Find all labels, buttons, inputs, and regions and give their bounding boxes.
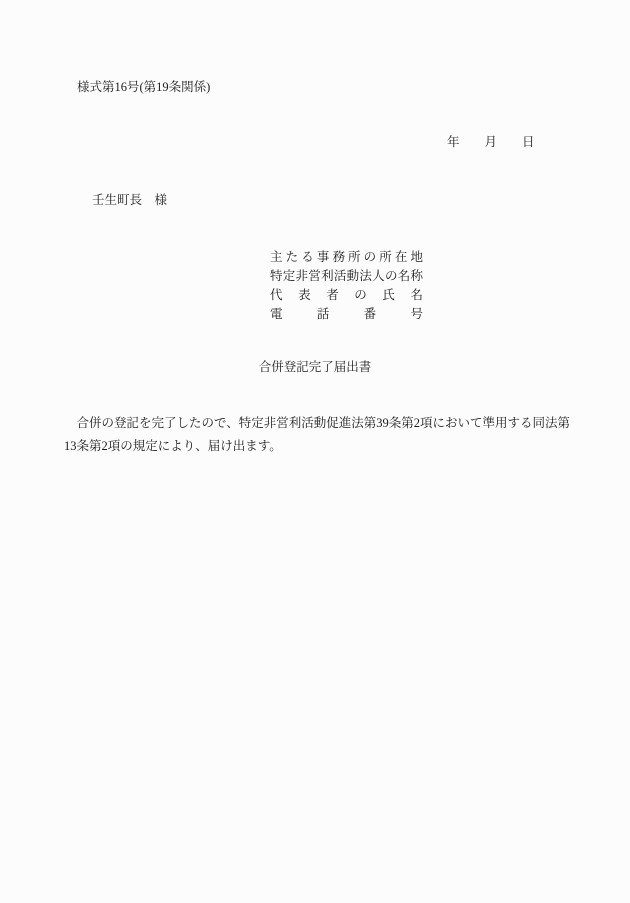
form-number: 様式第16号(第19条関係) <box>77 81 210 94</box>
field-label-office-address: 主たる事務所の所在地 <box>270 248 423 267</box>
field-label-phone-number: 電話番号 <box>270 305 423 324</box>
field-label-npo-name: 特定非営利活動法人の名称 <box>270 267 423 286</box>
body-line-2: 13条第2項の規定により、届け出ます。 <box>64 435 584 458</box>
addressee-line: 壬生町長 様 <box>92 194 167 207</box>
field-label-representative-name: 代表者の氏名 <box>270 286 423 305</box>
document-page: 様式第16号(第19条関係) 年 月 日 壬生町長 様 主たる事務所の所在地 特… <box>0 0 630 903</box>
body-paragraph: 合併の登記を完了したので、特定非営利活動促進法第39条第2項において準用する同法… <box>64 412 584 457</box>
body-line-1: 合併の登記を完了したので、特定非営利活動促進法第39条第2項において準用する同法… <box>64 412 584 435</box>
applicant-info-block: 主たる事務所の所在地 特定非営利活動法人の名称 代表者の氏名 電話番号 <box>270 248 423 324</box>
date-line: 年 月 日 <box>447 136 535 149</box>
document-title: 合併登記完了届出書 <box>0 361 630 374</box>
